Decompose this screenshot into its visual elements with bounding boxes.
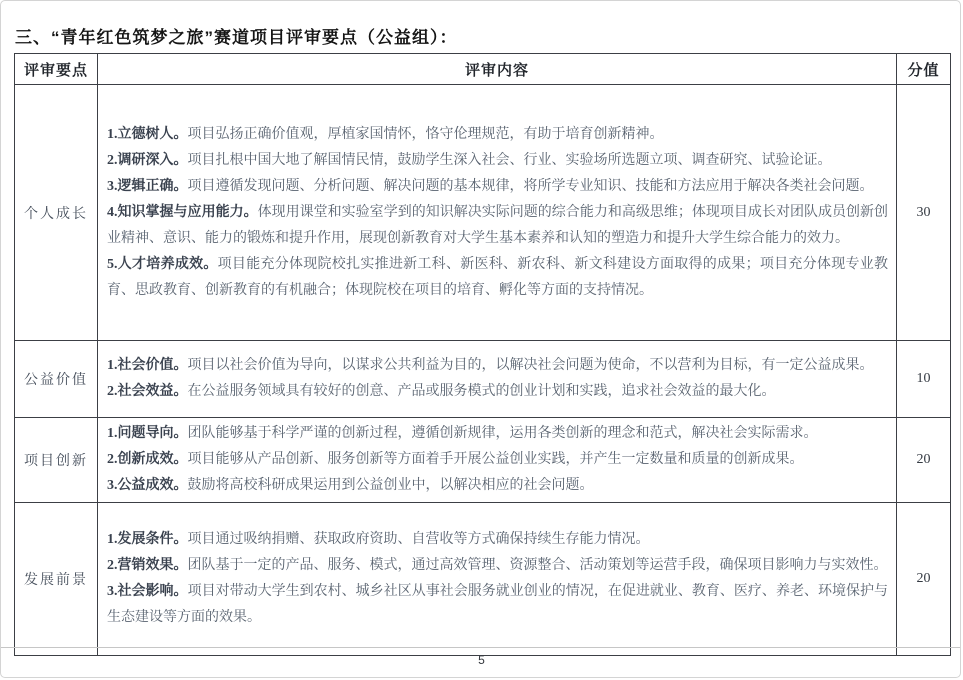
item-lead: 4.知识掌握与应用能力。 bbox=[107, 205, 258, 220]
review-point-cell: 公益价值 bbox=[15, 341, 98, 418]
score-cell: 10 bbox=[897, 341, 951, 418]
review-point-cell: 发展前景 bbox=[15, 503, 98, 656]
table-row: 项目创新1.问题导向。团队能够基于科学严谨的创新过程，遵循创新规律，运用各类创新… bbox=[15, 418, 951, 503]
item-text: 团队基于一定的产品、服务、模式，通过高效管理、资源整合、活动策划等运营手段，确保… bbox=[188, 558, 888, 573]
review-content-cell: 1.立德树人。项目弘扬正确价值观，厚植家国情怀，恪守伦理规范，有助于培育创新精神… bbox=[98, 85, 897, 341]
item-text: 项目能充分体现院校扎实推进新工科、新医科、新农科、新文科建设方面取得的成果；项目… bbox=[107, 257, 888, 298]
review-content-cell: 1.问题导向。团队能够基于科学严谨的创新过程，遵循创新规律，运用各类创新的理念和… bbox=[98, 418, 897, 503]
item-lead: 1.社会价值。 bbox=[107, 358, 188, 373]
content-item: 5.人才培养成效。项目能充分体现院校扎实推进新工科、新医科、新农科、新文科建设方… bbox=[107, 252, 888, 304]
content-item: 3.逻辑正确。项目遵循发现问题、分析问题、解决问题的基本规律，将所学专业知识、技… bbox=[107, 174, 888, 200]
item-lead: 2.营销效果。 bbox=[107, 558, 188, 573]
page-number: 5 bbox=[1, 653, 961, 667]
item-lead: 2.创新成效。 bbox=[107, 452, 188, 467]
content-item: 2.调研深入。项目扎根中国大地了解国情民情，鼓励学生深入社会、行业、实验场所选题… bbox=[107, 148, 888, 174]
item-lead: 5.人才培养成效。 bbox=[107, 257, 218, 272]
content-item: 1.立德树人。项目弘扬正确价值观，厚植家国情怀，恪守伦理规范，有助于培育创新精神… bbox=[107, 122, 888, 148]
item-text: 团队能够基于科学严谨的创新过程，遵循创新规律，运用各类创新的理念和范式，解决社会… bbox=[188, 426, 818, 441]
review-content-cell: 1.发展条件。项目通过吸纳捐赠、获取政府资助、自营收等方式确保持续生存能力情况。… bbox=[98, 503, 897, 656]
item-text: 项目扎根中国大地了解国情民情，鼓励学生深入社会、行业、实验场所选题立项、调查研究… bbox=[188, 153, 832, 168]
table-header-row: 评审要点 评审内容 分值 bbox=[15, 54, 951, 85]
content-item: 1.社会价值。项目以社会价值为导向，以谋求公共利益为目的，以解决社会问题为使命，… bbox=[107, 353, 888, 379]
item-text: 项目通过吸纳捐赠、获取政府资助、自营收等方式确保持续生存能力情况。 bbox=[188, 532, 650, 547]
item-text: 项目遵循发现问题、分析问题、解决问题的基本规律，将所学专业知识、技能和方法应用于… bbox=[188, 179, 874, 194]
score-cell: 20 bbox=[897, 418, 951, 503]
item-lead: 1.立德树人。 bbox=[107, 127, 188, 142]
item-text: 鼓励将高校科研成果运用到公益创业中，以解决相应的社会问题。 bbox=[188, 478, 594, 493]
item-lead: 2.调研深入。 bbox=[107, 153, 188, 168]
score-cell: 20 bbox=[897, 503, 951, 656]
item-lead: 2.社会效益。 bbox=[107, 384, 188, 399]
item-text: 在公益服务领域具有较好的创意、产品或服务模式的创业计划和实践，追求社会效益的最大… bbox=[188, 384, 776, 399]
header-score: 分值 bbox=[897, 54, 951, 85]
item-text: 项目能够从产品创新、服务创新等方面着手开展公益创业实践，并产生一定数量和质量的创… bbox=[188, 452, 804, 467]
page-title: 三、“青年红色筑梦之旅”赛道项目评审要点（公益组）： bbox=[15, 23, 458, 48]
document-page: 三、“青年红色筑梦之旅”赛道项目评审要点（公益组）： 评审要点 评审内容 分值 … bbox=[0, 0, 961, 678]
item-text: 项目以社会价值为导向，以谋求公共利益为目的，以解决社会问题为使命，不以营利为目标… bbox=[188, 358, 874, 373]
header-review-points: 评审要点 bbox=[15, 54, 98, 85]
item-lead: 1.发展条件。 bbox=[107, 532, 188, 547]
item-text: 项目对带动大学生到农村、城乡社区从事社会服务就业创业的情况，在促进就业、教育、医… bbox=[107, 584, 888, 625]
review-content-cell: 1.社会价值。项目以社会价值为导向，以谋求公共利益为目的，以解决社会问题为使命，… bbox=[98, 341, 897, 418]
item-text: 项目弘扬正确价值观，厚植家国情怀，恪守伦理规范，有助于培育创新精神。 bbox=[188, 127, 664, 142]
item-lead: 3.逻辑正确。 bbox=[107, 179, 188, 194]
item-lead: 3.社会影响。 bbox=[107, 584, 188, 599]
review-point-cell: 项目创新 bbox=[15, 418, 98, 503]
score-cell: 30 bbox=[897, 85, 951, 341]
table-row: 个人成长1.立德树人。项目弘扬正确价值观，厚植家国情怀，恪守伦理规范，有助于培育… bbox=[15, 85, 951, 341]
item-lead: 1.问题导向。 bbox=[107, 426, 188, 441]
content-item: 1.问题导向。团队能够基于科学严谨的创新过程，遵循创新规律，运用各类创新的理念和… bbox=[107, 421, 888, 447]
content-item: 3.公益成效。鼓励将高校科研成果运用到公益创业中，以解决相应的社会问题。 bbox=[107, 473, 888, 499]
footer-divider bbox=[1, 647, 961, 648]
content-item: 1.发展条件。项目通过吸纳捐赠、获取政府资助、自营收等方式确保持续生存能力情况。 bbox=[107, 527, 888, 553]
content-item: 4.知识掌握与应用能力。体现用课堂和实验室学到的知识解决实际问题的综合能力和高级… bbox=[107, 200, 888, 252]
header-review-content: 评审内容 bbox=[98, 54, 897, 85]
table-row: 公益价值1.社会价值。项目以社会价值为导向，以谋求公共利益为目的，以解决社会问题… bbox=[15, 341, 951, 418]
content-item: 2.社会效益。在公益服务领域具有较好的创意、产品或服务模式的创业计划和实践，追求… bbox=[107, 379, 888, 405]
content-item: 2.营销效果。团队基于一定的产品、服务、模式，通过高效管理、资源整合、活动策划等… bbox=[107, 553, 888, 579]
content-item: 2.创新成效。项目能够从产品创新、服务创新等方面着手开展公益创业实践，并产生一定… bbox=[107, 447, 888, 473]
table-row: 发展前景1.发展条件。项目通过吸纳捐赠、获取政府资助、自营收等方式确保持续生存能… bbox=[15, 503, 951, 656]
review-point-cell: 个人成长 bbox=[15, 85, 98, 341]
item-lead: 3.公益成效。 bbox=[107, 478, 188, 493]
review-criteria-table: 评审要点 评审内容 分值 个人成长1.立德树人。项目弘扬正确价值观，厚植家国情怀… bbox=[14, 53, 951, 656]
table-body: 个人成长1.立德树人。项目弘扬正确价值观，厚植家国情怀，恪守伦理规范，有助于培育… bbox=[15, 85, 951, 656]
content-item: 3.社会影响。项目对带动大学生到农村、城乡社区从事社会服务就业创业的情况，在促进… bbox=[107, 579, 888, 631]
